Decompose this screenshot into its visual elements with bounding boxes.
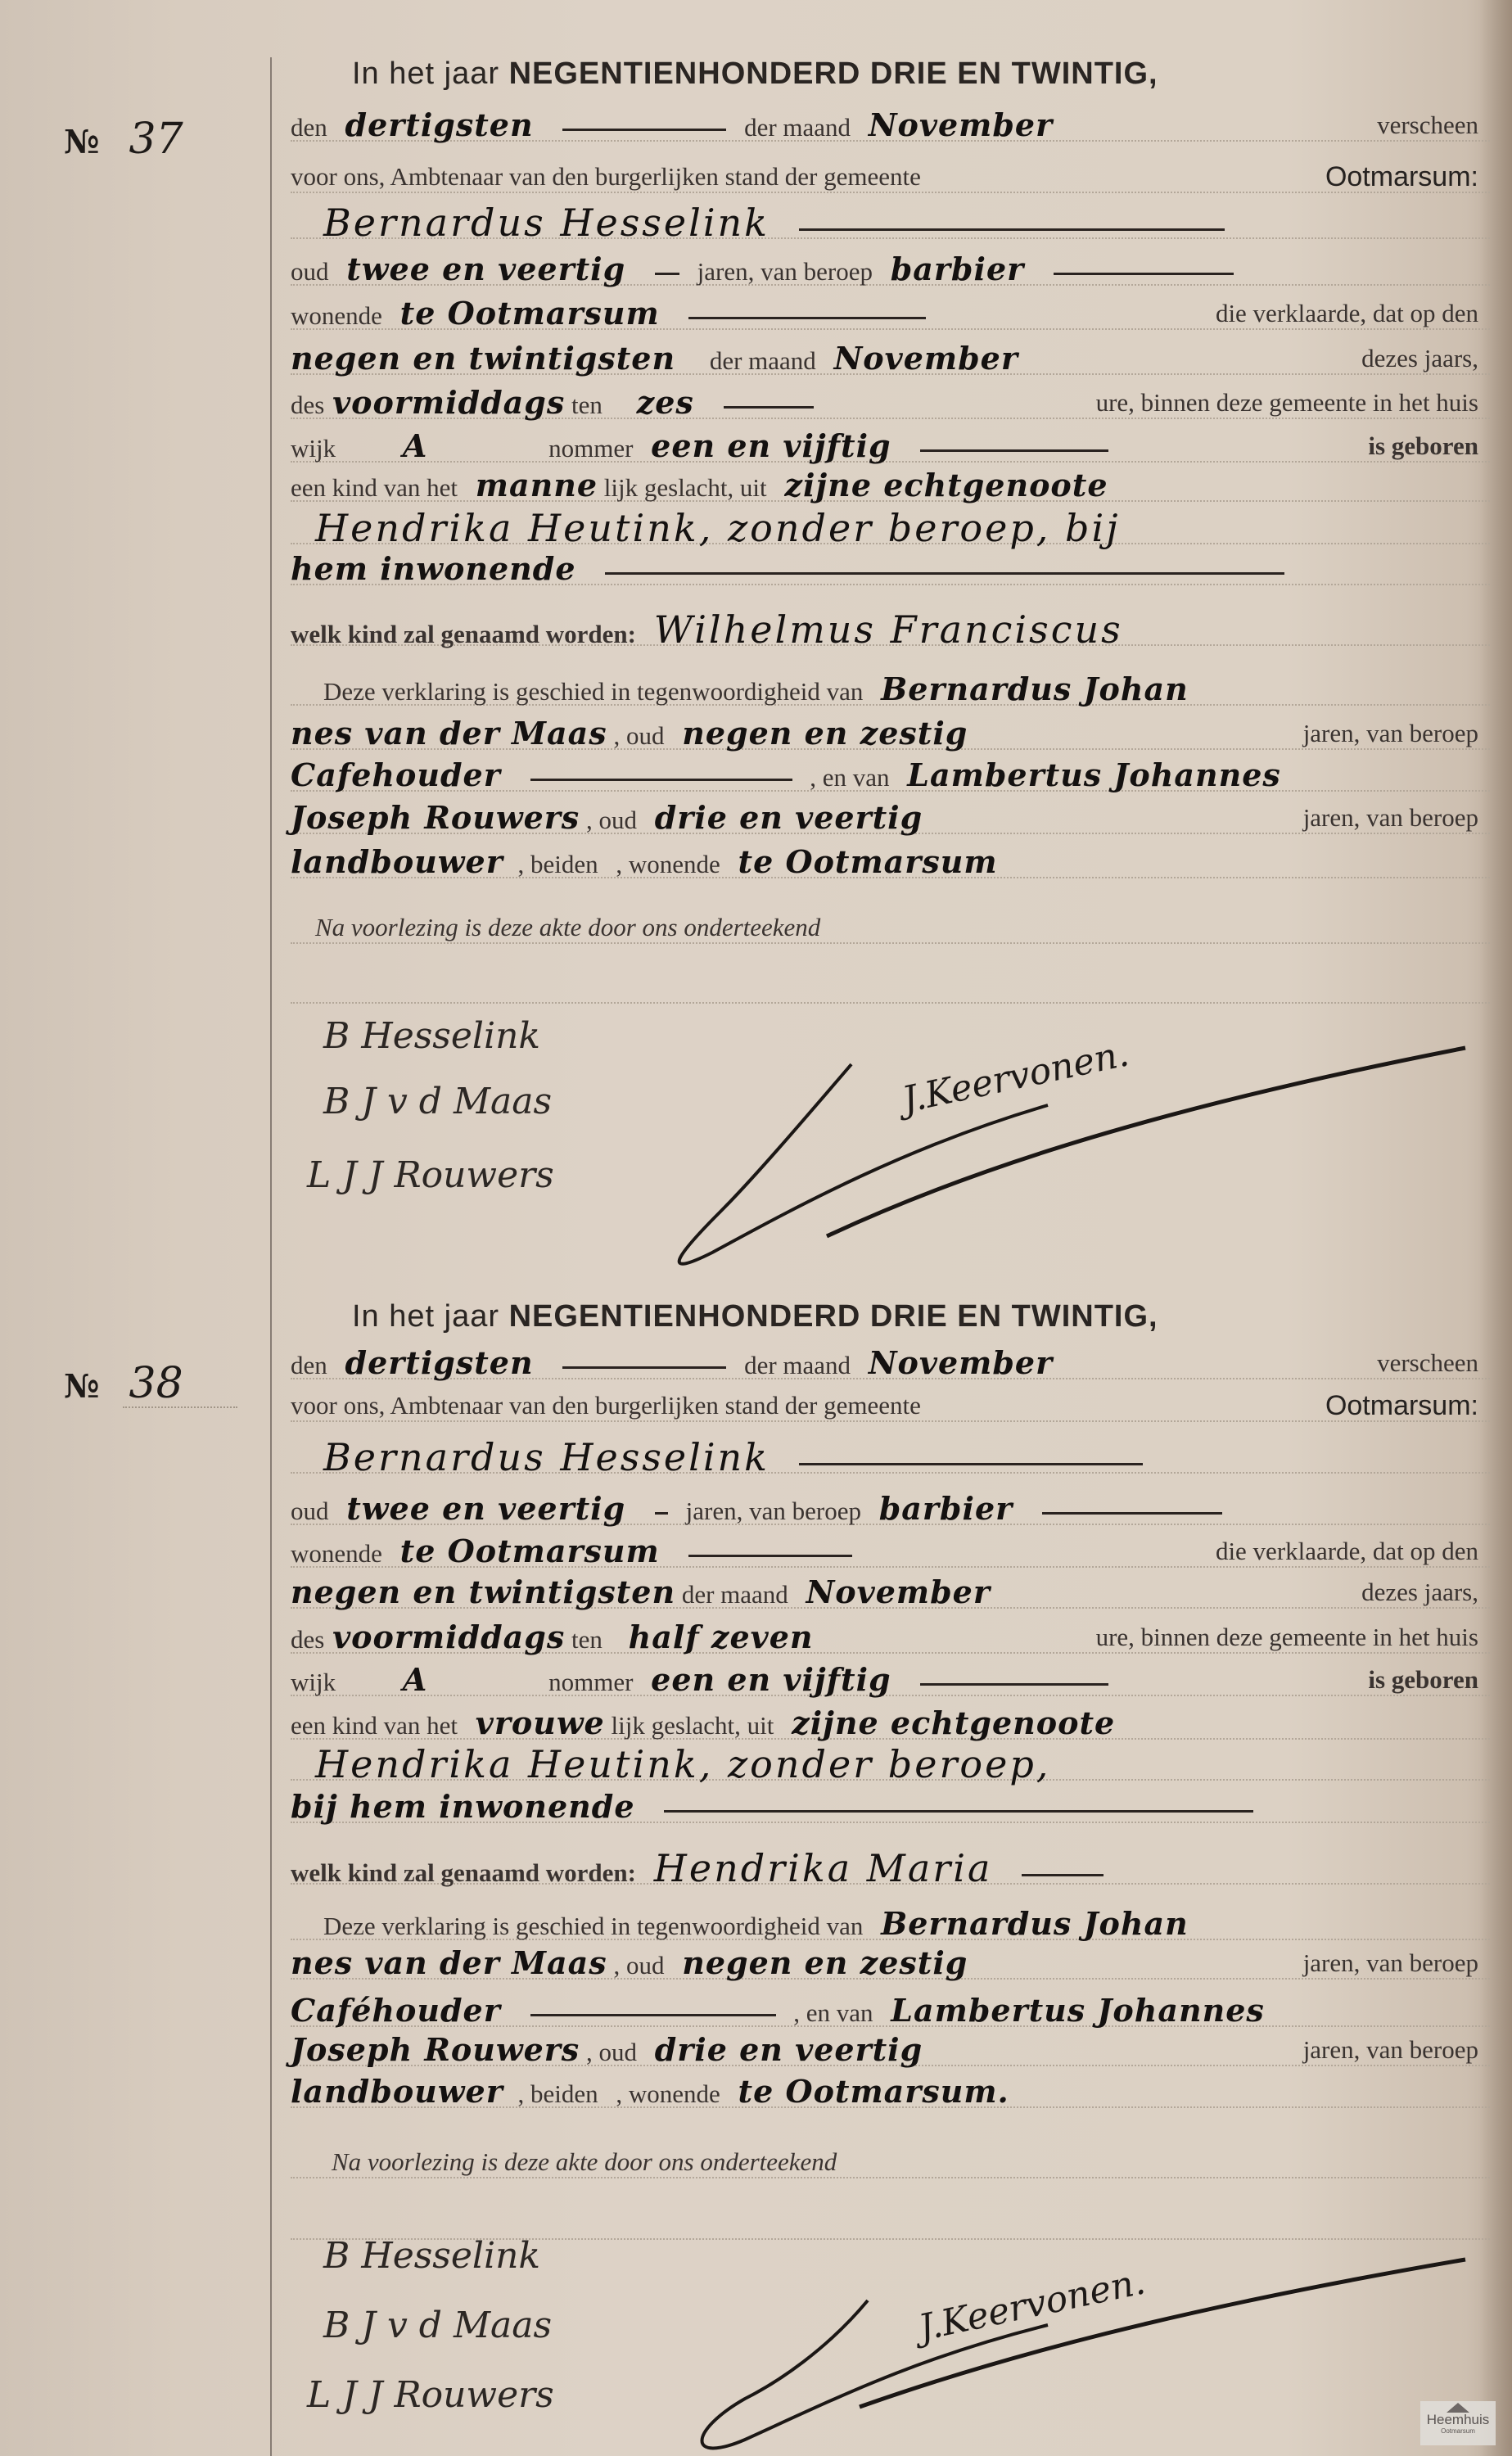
headline: In het jaar NEGENTIENHONDERD DRIE EN TWI… — [291, 52, 1512, 95]
fill-stroke — [530, 2014, 776, 2016]
fill-stroke — [724, 406, 814, 409]
child-sex: manne — [476, 467, 598, 503]
fill-stroke — [688, 1555, 852, 1557]
fill-stroke — [655, 1512, 668, 1515]
signature-declarant: B Hesselink — [323, 1015, 540, 1057]
declarant-line: Bernardus Hesselink — [291, 1436, 1490, 1479]
fill-stroke — [1022, 1874, 1104, 1876]
witness1-name: Bernardus Johan — [881, 1905, 1189, 1942]
fill-stroke — [655, 273, 679, 275]
signature-declarant: B Hesselink — [323, 2235, 540, 2277]
residence-line: wonende te Ootmarsum die verklaarde, dat… — [291, 292, 1490, 335]
mother-name: Hendrika Heutink, zonder beroep, — [315, 1742, 1050, 1786]
witness1-profession-line: Caféhouder , en van Lambertus Johannes — [291, 1989, 1490, 2032]
witness2-line: Joseph Rouwers , oud drie en veertig jar… — [291, 2029, 1490, 2071]
sex-line: een kind van het vrouwe lijk geslacht, u… — [291, 1702, 1490, 1745]
heemhuis-watermark: Heemhuis Ootmarsum — [1420, 2401, 1496, 2445]
residence-line: wonende te Ootmarsum die verklaarde, dat… — [291, 1530, 1490, 1573]
birth-hour: half zeven — [629, 1619, 814, 1655]
birth-time-line: des voormiddags ten zes ure, binnen deze… — [291, 381, 1490, 424]
child-name-line: welk kind zal genaamd worden: Wilhelmus … — [291, 608, 1490, 651]
age-line: oud twee en veertig jaren, van beroep ba… — [291, 248, 1490, 291]
signature-rule — [291, 966, 1490, 1009]
fill-stroke — [562, 129, 726, 131]
age-line: oud twee en veertig jaren, van beroep ba… — [291, 1488, 1490, 1530]
municipality: Ootmarsum: — [1325, 156, 1478, 198]
official-line: voor ons, Ambtenaar van den burgerlijken… — [291, 1384, 1490, 1427]
child-name: Wilhelmus Franciscus — [654, 607, 1123, 652]
signature-witness-1: B J v d Maas — [323, 2305, 552, 2346]
month-written: November — [869, 106, 1053, 143]
mother-line-2: hem inwonende — [291, 548, 1490, 590]
headline: In het jaar NEGENTIENHONDERD DRIE EN TWI… — [291, 1295, 1512, 1338]
witness2-profession-line: landbouwer , beiden , wonende te Ootmars… — [291, 841, 1490, 883]
house-number: een en vijftig — [651, 1661, 891, 1698]
day-written: dertigsten — [345, 1344, 534, 1381]
witness2-profession-line: landbouwer , beiden , wonende te Ootmars… — [291, 2070, 1490, 2113]
official-line: voor ons, Ambtenaar van den burgerlijken… — [291, 156, 1490, 198]
child-sex: vrouwe — [476, 1704, 605, 1741]
fill-stroke — [530, 779, 792, 781]
fill-stroke — [799, 1463, 1143, 1465]
date-line: den dertigsten der maand November versch… — [291, 1342, 1490, 1384]
fill-stroke — [1042, 1512, 1222, 1515]
declarant-profession: barbier — [891, 251, 1024, 287]
closing-line: Na voorlezing is deze akte door ons onde… — [291, 906, 1490, 949]
record-number-value: 37 — [129, 115, 183, 164]
fill-stroke — [1054, 273, 1234, 275]
birth-date-line: negen en twintigsten der maand November … — [291, 337, 1490, 380]
mother-line-2: bij hem inwonende — [291, 1786, 1490, 1828]
ward: A — [403, 1661, 427, 1698]
closing-line: Na voorlezing is deze akte door ons onde… — [291, 2141, 1490, 2183]
birth-hour: zes — [637, 384, 694, 421]
record-number-value: 38 — [129, 1359, 183, 1408]
mother-name: Hendrika Heutink, zonder beroep, bij — [315, 506, 1120, 550]
address-line: wijk A nommer een en vijftig is geboren — [291, 1659, 1490, 1701]
record-number: №38 — [64, 1359, 183, 1408]
witness-intro-line: Deze verklaring is geschied in tegenwoor… — [291, 1903, 1490, 1945]
number-underline — [123, 1406, 237, 1408]
mother-line-1: Hendrika Heutink, zonder beroep, — [291, 1743, 1490, 1786]
mother-line-1: Hendrika Heutink, zonder beroep, bij — [291, 507, 1490, 549]
fill-stroke — [920, 1683, 1108, 1686]
numero-sign: № — [64, 123, 99, 161]
witness2-name: Lambertus Johannes — [907, 756, 1281, 793]
month-written: November — [869, 1344, 1053, 1381]
witness1-line: nes van der Maas , oud negen en zestig j… — [291, 712, 1490, 755]
fill-stroke — [562, 1366, 726, 1369]
fill-stroke — [605, 572, 1284, 575]
declarant-name: Bernardus Hesselink — [323, 201, 770, 245]
witness2-name: Lambertus Johannes — [891, 1992, 1265, 2029]
birth-date-line: negen en twintigsten der maand November … — [291, 1571, 1490, 1614]
sex-line: een kind van het manne lijk geslacht, ui… — [291, 464, 1490, 507]
witness-intro-line: Deze verklaring is geschied in tegenwoor… — [291, 668, 1490, 711]
declarant-name: Bernardus Hesselink — [323, 1435, 770, 1479]
witness2-line: Joseph Rouwers , oud drie en veertig jar… — [291, 797, 1490, 839]
date-line: den dertigsten der maand November versch… — [291, 104, 1490, 147]
numero-sign: № — [64, 1367, 99, 1406]
child-name-line: welk kind zal genaamd worden: Hendrika M… — [291, 1847, 1490, 1889]
witness1-line: nes van der Maas , oud negen en zestig j… — [291, 1942, 1490, 1984]
signature-witness-2: L J J Rouwers — [307, 1154, 554, 1196]
signature-witness-1: B J v d Maas — [323, 1081, 552, 1122]
municipality: Ootmarsum: — [1325, 1384, 1478, 1427]
birth-time-line: des voormiddags ten half zeven ure, binn… — [291, 1616, 1490, 1659]
fill-stroke — [920, 449, 1108, 452]
declarant-profession: barbier — [879, 1490, 1013, 1527]
witness1-name: Bernardus Johan — [881, 670, 1189, 707]
record-number: №37 — [64, 115, 183, 164]
day-written: dertigsten — [345, 106, 534, 143]
address-line: wijk A nommer een en vijftig is geboren — [291, 425, 1490, 467]
house-number: een en vijftig — [651, 427, 891, 464]
fill-stroke — [664, 1810, 1253, 1813]
declarant-line: Bernardus Hesselink — [291, 201, 1490, 244]
ward: A — [403, 427, 427, 464]
witness1-profession-line: Cafehouder , en van Lambertus Johannes — [291, 754, 1490, 797]
fill-stroke — [688, 317, 926, 319]
signature-witness-2: L J J Rouwers — [307, 2374, 554, 2416]
fill-stroke — [799, 228, 1225, 231]
margin-rule — [270, 57, 272, 2456]
child-name: Hendrika Maria — [654, 1846, 993, 1890]
